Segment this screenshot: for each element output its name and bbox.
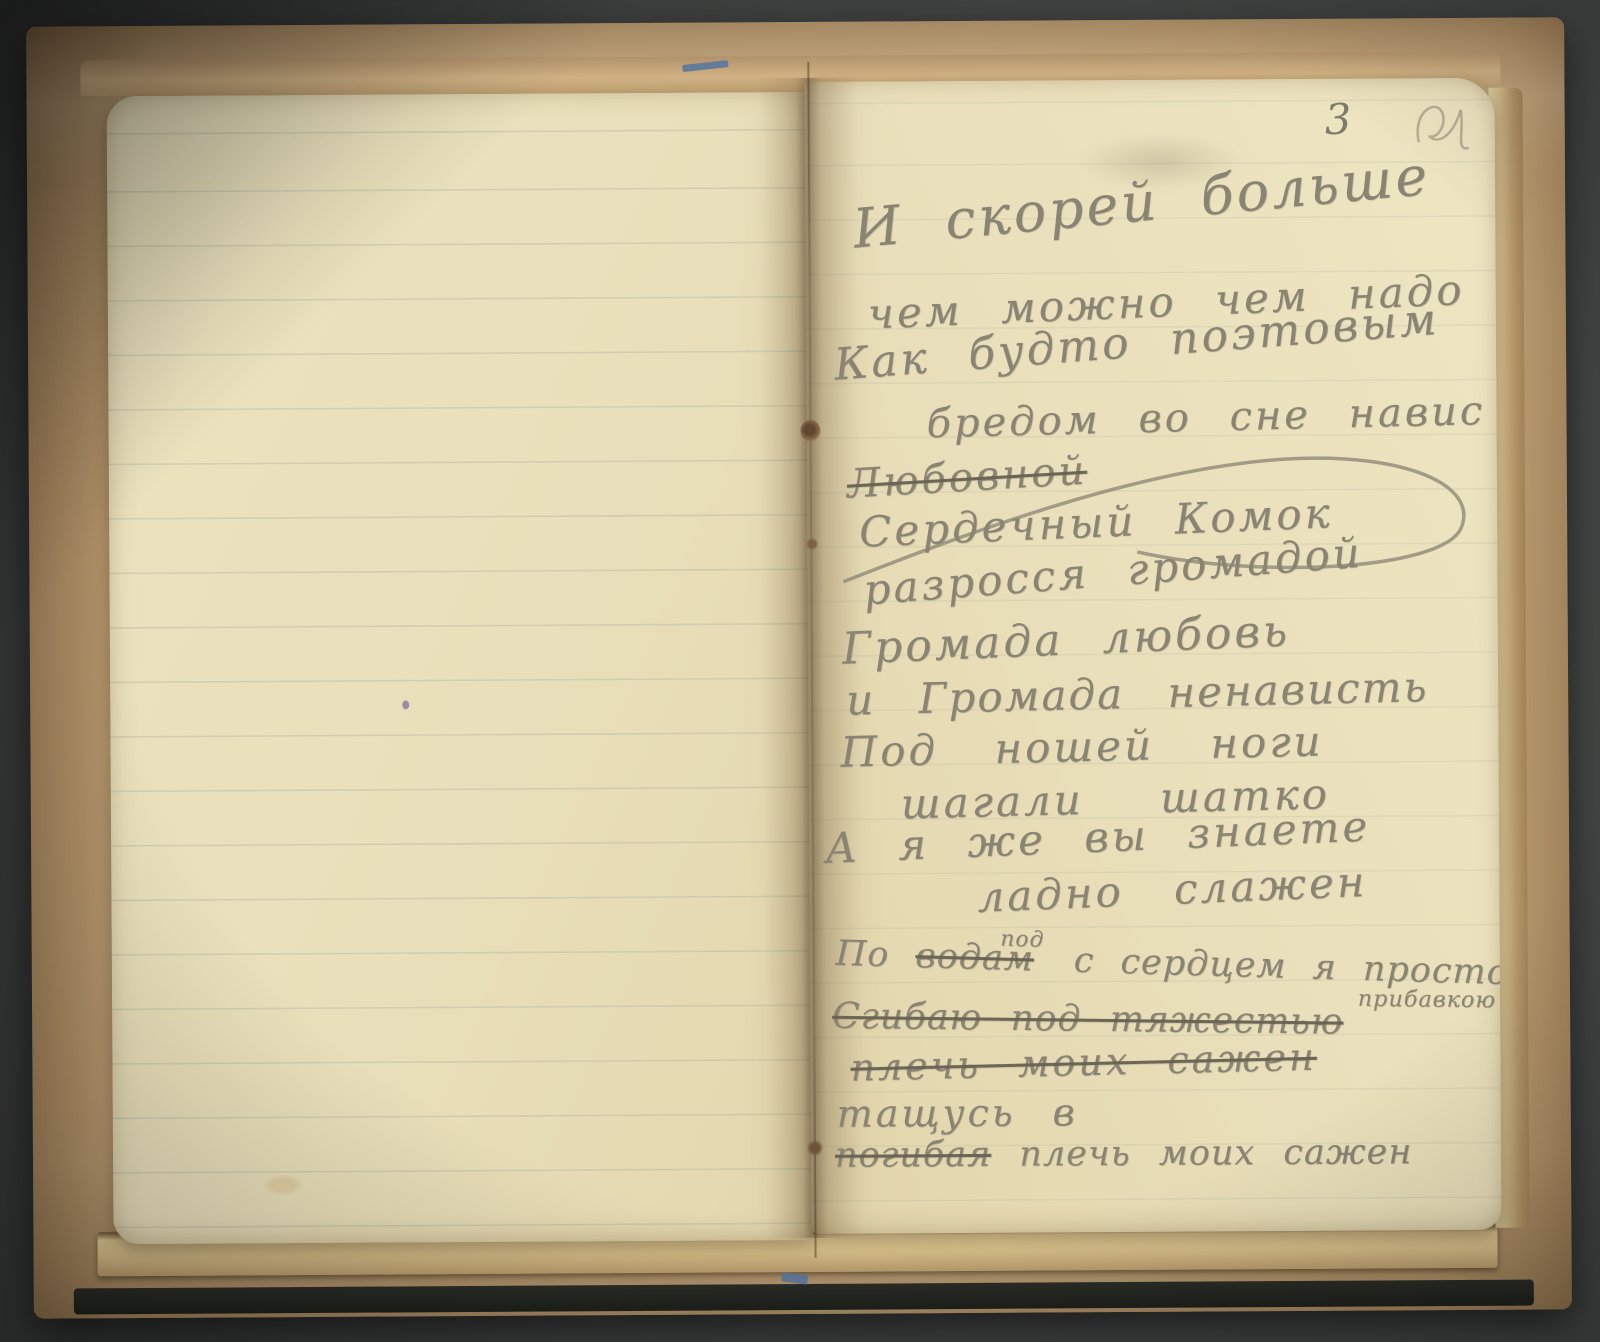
manuscript-line-5: Любовной <box>846 448 1089 508</box>
page-number: 3 <box>1324 94 1353 144</box>
manuscript-line-16: плечь моих сажен <box>850 1035 1318 1090</box>
stain-spot-faint-2 <box>263 1175 303 1195</box>
inserted-word: прибавкою <box>1358 986 1497 1014</box>
manuscript-line-18: погибая плечь моих сажен <box>835 1132 1413 1176</box>
manuscript-line-9: и Громада ненависть <box>846 662 1429 725</box>
notebook: 3 И скорей больше чем можно чем надо Как… <box>26 17 1572 1318</box>
manuscript-line-1: И скорей больше <box>850 144 1432 261</box>
manuscript-line-4: бредом во сне навис <box>926 388 1486 447</box>
manuscript-line-17: тащусь в <box>837 1090 1078 1135</box>
photo-backdrop: 3 И скорей больше чем можно чем надо Как… <box>0 0 1600 1342</box>
manuscript-line-10: Под ношей ноги <box>840 716 1324 776</box>
inserted-word: под <box>1000 927 1044 953</box>
left-page <box>106 92 813 1244</box>
manuscript-line-8: Громада любовь <box>841 605 1291 674</box>
manuscript-line-15: Сгибаю под тяжестьюприбавкою <box>832 996 1496 1045</box>
manuscript-line-14: По водампод с сердцем я просто <box>835 934 1501 993</box>
ink-dot <box>402 700 409 709</box>
manuscript-text-layer: 3 И скорей больше чем можно чем надо Как… <box>804 78 1501 1234</box>
manuscript-line-13: ладно слажен <box>976 857 1368 922</box>
